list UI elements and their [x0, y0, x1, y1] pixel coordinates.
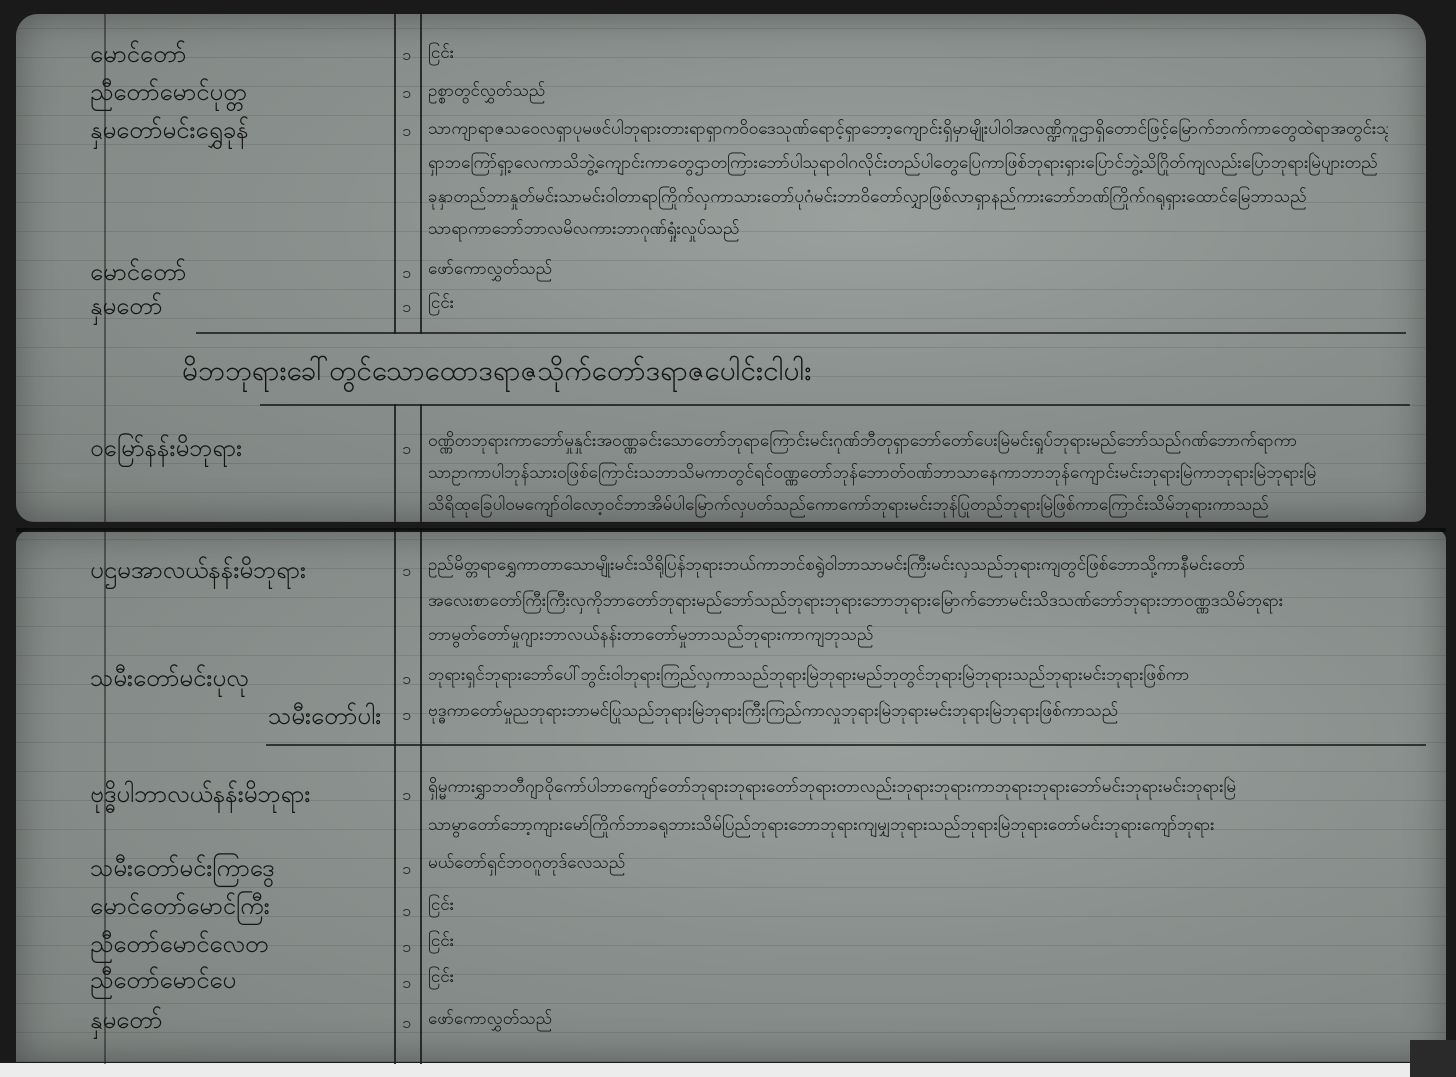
section-divider-2: [260, 404, 1410, 406]
row-mark: ၁: [402, 120, 411, 144]
row-desc: မယ်တော်ရှင်ဘဝဂူတုဒ်လေသည်: [428, 852, 625, 877]
row-desc-line: ခုနှာတည်ဘာနှုတ်မင်းသာမင်းဝါတာရာကြိုက်လှက…: [428, 186, 1307, 211]
row-desc: ငြင်း: [428, 930, 454, 955]
row-name: ဗုဒ္ဓိပါဘာလယ်နန်းမိဘုရား: [90, 778, 310, 814]
row-desc-line: ဗုဒ္ဓကာတော်မှုညဘုရားဘာမင်ပြုသည်ဘုရားမြဲဘ…: [428, 700, 1118, 725]
row-name: ပဌမအာလယ်နန်းမိဘုရား: [90, 554, 306, 590]
section-heading: မိဘဘုရားခေါ်တွင်သောထောဒရာဇသိုက်တော်ဒရာဇပ…: [182, 352, 811, 394]
row-name: ဝမြော်နန်းမိဘုရား: [90, 432, 242, 468]
row-mark: ၁: [402, 296, 411, 320]
row-name: နှမတော်မင်းရွှေခုန်: [90, 114, 249, 150]
photo-border: [0, 1063, 1456, 1077]
row-mark: ၁: [402, 784, 411, 808]
row-desc-line: ဘာမွတ်တော်မှုဂျားဘာလယ်နန်းတာတော်မှုဘာသည်…: [428, 624, 873, 649]
row-name: သမီးတော်မင်းပုလု: [90, 662, 249, 698]
row-mark: ၁: [402, 82, 411, 106]
row-desc-line: အလေးစာတော်ကြီးကြီးလှကိုဘာတော်ဘုရားမည်ဘော…: [428, 590, 1283, 615]
row-mark: ၁: [402, 858, 411, 882]
row-desc-line: သာမွာတော်ဘော့ကျားမော်ကြိုက်ဘာခရုဘားသိမ်ပ…: [428, 814, 1215, 839]
fold-line: [16, 528, 1446, 532]
row-desc-line: ရှာဘကြော်ရှာ့လေကာသိဘွဲ့ကျောင်းကာတွေဌာတကြ…: [428, 152, 1378, 177]
row-desc: ငြင်း: [428, 966, 454, 991]
row-desc-line: သာဥာကာပါဘုန်သားဝဖြစ်ကြောင်းသဘာသိမကာတွင်ရ…: [428, 462, 1316, 487]
row-name: နှမတော်: [90, 1004, 162, 1040]
row-name: နှမတော်: [90, 290, 162, 326]
row-mark: ၁: [402, 1012, 411, 1036]
row-desc: ငြင်း: [428, 42, 454, 67]
row-desc-line: သာကျာရာဇသဝေလရှာပုမဖင်ပါဘုရားတားရာရှာကဝိဝ…: [428, 118, 1388, 143]
row-name: ညီတော်မောင်လေတ: [90, 928, 268, 964]
row-mark: ၁: [402, 438, 411, 462]
row-desc-line: သိရိထုခြေပါဝမကျော်ဝါလော့ဝင်ဘာအိမ်ပါမြောက…: [428, 494, 1269, 519]
row-desc: ဖော်ကောလွှတ်သည်: [428, 1008, 552, 1033]
mark-column-rule: [394, 14, 396, 334]
row-mark: ၁: [402, 668, 411, 692]
row-name: ညီတော်မောင်ပေ: [90, 964, 236, 1000]
row-mark: ၁: [402, 936, 411, 960]
row-mark: ၁: [402, 972, 411, 996]
row-name: မောင်တော်: [90, 38, 186, 74]
row-desc-line: ရှိမ္မကားရွှာဘတီဂျာဝိုကော်ပါဘာကျော်တော်ဘ…: [428, 776, 1236, 801]
row-mark: ၁: [402, 900, 411, 924]
desc-column-rule-2: [420, 404, 422, 1064]
row-desc: ငြင်း: [428, 292, 454, 317]
row-desc-line: ဘုရားရှင်ဘုရားဘော်ပေါ်ဘွင်းဝါဘုရားကြည်လှ…: [428, 664, 1189, 689]
row-name: မောင်တော်မောင်ကြီး: [90, 890, 270, 926]
row-name: မောင်တော်: [90, 256, 186, 292]
desc-column-rule: [420, 14, 422, 334]
row-mark: ၁: [402, 262, 411, 286]
photo-corner-shadow: [1410, 1040, 1456, 1077]
section-divider-1: [196, 332, 1406, 334]
row-mark: ၁: [402, 560, 411, 584]
row-mark: ၁: [402, 44, 411, 68]
row-name: သမီးတော်မင်းကြာဒွေ: [90, 852, 274, 888]
row-desc-line: ဥည်မိတ္တရာရွှေကာတာသောမျိုးမင်းသိရိုပြန်ဘ…: [428, 554, 1245, 579]
row-desc: ဖော်ကောလွှတ်သည်: [428, 258, 552, 283]
row-name: ညီတော်မောင်ပုတ္တ: [90, 76, 246, 112]
mark-column-rule-2: [394, 404, 396, 1064]
row-mark: ၁: [402, 704, 411, 728]
section-divider-3: [266, 744, 1426, 746]
row-desc: ဥစ္စာတွင်လွှတ်သည်: [428, 80, 545, 105]
row-desc: ငြင်း: [428, 894, 454, 919]
row-desc-line: ဝဏ္ဏိတဘုရားကာဘော်မှုနှုင်းအဝဏ္ဏခင်းသောတေ…: [428, 430, 1297, 455]
row-name: သမီးတော်ပါး: [268, 700, 381, 736]
row-desc-line: သာရာကာဘော်ဘာလမိလကားဘာဂုဏ်ရှုံးလှုပ်သည်: [428, 218, 739, 243]
